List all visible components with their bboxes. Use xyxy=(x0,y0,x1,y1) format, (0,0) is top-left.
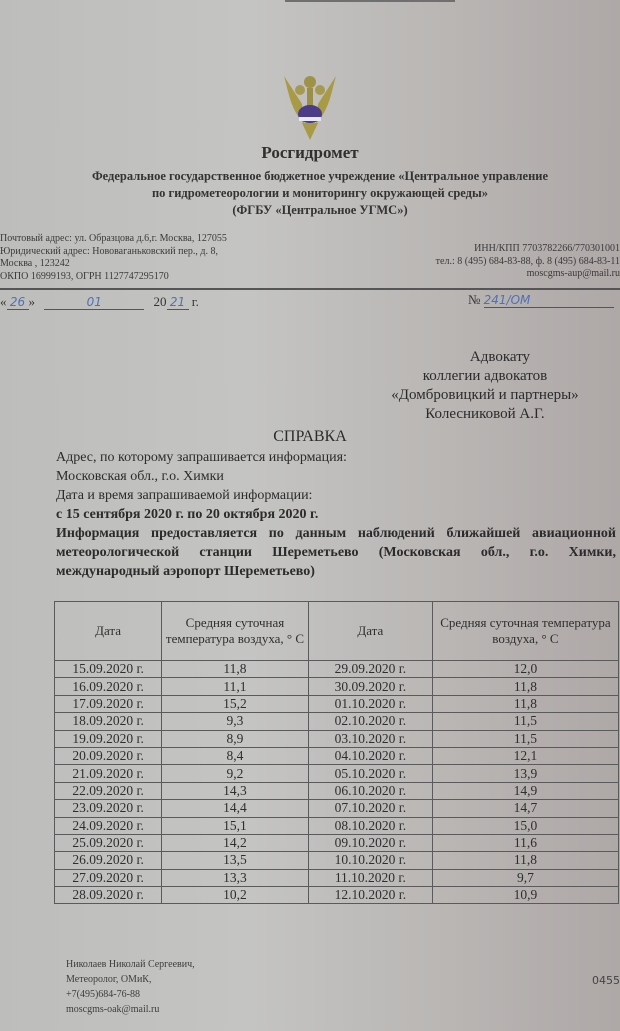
number-value: 241/ОМ xyxy=(484,293,614,308)
organization-full-name: Федеральное государственное бюджетное уч… xyxy=(20,168,620,219)
postal-legal-address: Почтовый адрес: ул. Образцова д.6,г. Мос… xyxy=(0,233,227,283)
header-date: Дата xyxy=(308,602,432,661)
page-mark: 0455 xyxy=(592,974,620,987)
cell-date: 10.10.2020 г. xyxy=(308,852,432,869)
table-row: 19.09.2020 г.8,903.10.2020 г.11,5 xyxy=(55,730,619,747)
table-row: 24.09.2020 г.15,108.10.2020 г.15,0 xyxy=(55,817,619,834)
cell-temperature: 15,0 xyxy=(432,817,618,834)
year-prefix: 20 xyxy=(154,294,167,309)
cell-temperature: 15,2 xyxy=(162,695,309,712)
cell-date: 17.09.2020 г. xyxy=(55,695,162,712)
signer-position: Метеоролог, ОМиК, xyxy=(66,972,195,987)
document-body: Адрес, по которому запрашивается информа… xyxy=(56,448,616,581)
signer-phone: +7(495)684-76-88 xyxy=(66,987,195,1002)
cell-date: 26.09.2020 г. xyxy=(55,852,162,869)
table-row: 21.09.2020 г.9,205.10.2020 г.13,9 xyxy=(55,765,619,782)
cell-temperature: 12,0 xyxy=(432,661,618,678)
signer-email: moscgms-oak@mail.ru xyxy=(66,1002,195,1017)
cell-date: 02.10.2020 г. xyxy=(308,713,432,730)
cell-date: 29.09.2020 г. xyxy=(308,661,432,678)
year-word: г. xyxy=(192,294,199,309)
source-text: Информация предоставляется по данным наб… xyxy=(56,524,616,581)
header-date: Дата xyxy=(55,602,162,661)
cell-temperature: 15,1 xyxy=(162,817,309,834)
contact-details: ИНН/КПП 7703782266/770301001 тел.: 8 (49… xyxy=(436,243,620,281)
table-row: 20.09.2020 г.8,404.10.2020 г.12,1 xyxy=(55,747,619,764)
cell-temperature: 14,4 xyxy=(162,800,309,817)
cell-temperature: 11,5 xyxy=(432,713,618,730)
period-value: с 15 сентября 2020 г. по 20 октября 2020… xyxy=(56,505,616,524)
cell-date: 08.10.2020 г. xyxy=(308,817,432,834)
cell-date: 06.10.2020 г. xyxy=(308,782,432,799)
table-row: 22.09.2020 г.14,306.10.2020 г.14,9 xyxy=(55,782,619,799)
cell-temperature: 11,8 xyxy=(162,661,309,678)
table-row: 15.09.2020 г.11,829.09.2020 г.12,0 xyxy=(55,661,619,678)
phone-fax: тел.: 8 (495) 684-83-88, ф. 8 (495) 684-… xyxy=(436,256,620,269)
org-line: Федеральное государственное бюджетное уч… xyxy=(20,168,620,185)
address-value: Московская обл., г.о. Химки xyxy=(56,467,616,486)
table-header-row: Дата Средняя суточная температура воздух… xyxy=(55,602,619,661)
document-page: Росгидромет Федеральное государственное … xyxy=(0,0,620,1031)
cell-date: 21.09.2020 г. xyxy=(55,765,162,782)
cell-temperature: 13,9 xyxy=(432,765,618,782)
year-suffix: 21 xyxy=(167,295,189,310)
cell-date: 12.10.2020 г. xyxy=(308,887,432,904)
cell-date: 28.09.2020 г. xyxy=(55,887,162,904)
org-line: по гидрометеорологии и мониторингу окруж… xyxy=(20,185,620,202)
table-row: 27.09.2020 г.13,311.10.2020 г.9,7 xyxy=(55,869,619,886)
table-row: 17.09.2020 г.15,201.10.2020 г.11,8 xyxy=(55,695,619,712)
cell-date: 20.09.2020 г. xyxy=(55,747,162,764)
cell-date: 30.09.2020 г. xyxy=(308,678,432,695)
cell-temperature: 14,2 xyxy=(162,834,309,851)
document-number: № 241/ОМ xyxy=(468,292,614,308)
cell-temperature: 9,3 xyxy=(162,713,309,730)
inn-kpp: ИНН/КПП 7703782266/770301001 xyxy=(436,243,620,256)
cell-date: 05.10.2020 г. xyxy=(308,765,432,782)
cell-date: 27.09.2020 г. xyxy=(55,869,162,886)
addressee-block: Адвокату коллегии адвокатов «Домбровицки… xyxy=(380,348,590,424)
org-line: (ФГБУ «Центральное УГМС») xyxy=(20,202,620,219)
date-day: 26 xyxy=(7,295,29,310)
cell-date: 25.09.2020 г. xyxy=(55,834,162,851)
cell-date: 16.09.2020 г. xyxy=(55,678,162,695)
cell-date: 24.09.2020 г. xyxy=(55,817,162,834)
document-title: СПРАВКА xyxy=(0,428,620,446)
cell-date: 18.09.2020 г. xyxy=(55,713,162,730)
addressee-line: Колесниковой А.Г. xyxy=(380,405,590,424)
legal-address-city: Москва , 123242 xyxy=(0,258,227,271)
cell-temperature: 11,8 xyxy=(432,695,618,712)
addressee-line: Адвокату xyxy=(380,348,590,367)
cell-temperature: 11,5 xyxy=(432,730,618,747)
cell-date: 03.10.2020 г. xyxy=(308,730,432,747)
cell-date: 19.09.2020 г. xyxy=(55,730,162,747)
cell-temperature: 12,1 xyxy=(432,747,618,764)
cell-temperature: 13,5 xyxy=(162,852,309,869)
cell-temperature: 14,3 xyxy=(162,782,309,799)
cell-date: 22.09.2020 г. xyxy=(55,782,162,799)
table-row: 25.09.2020 г.14,209.10.2020 г.11,6 xyxy=(55,834,619,851)
cell-date: 07.10.2020 г. xyxy=(308,800,432,817)
postal-address: Почтовый адрес: ул. Образцова д.6,г. Мос… xyxy=(0,233,227,246)
cell-temperature: 11,8 xyxy=(432,852,618,869)
cell-temperature: 9,7 xyxy=(432,869,618,886)
table-row: 28.09.2020 г.10,212.10.2020 г.10,9 xyxy=(55,887,619,904)
cell-temperature: 13,3 xyxy=(162,869,309,886)
quote: » xyxy=(29,294,36,309)
cell-temperature: 9,2 xyxy=(162,765,309,782)
addressee-line: «Домбровицкий и партнеры» xyxy=(380,386,590,405)
cell-temperature: 11,1 xyxy=(162,678,309,695)
table-row: 16.09.2020 г.11,130.09.2020 г.11,8 xyxy=(55,678,619,695)
temperature-table: Дата Средняя суточная температура воздух… xyxy=(54,601,619,904)
cell-temperature: 14,7 xyxy=(432,800,618,817)
cell-date: 15.09.2020 г. xyxy=(55,661,162,678)
header-divider xyxy=(0,288,620,290)
legal-address: Юридический адрес: Нововаганьковский пер… xyxy=(0,246,227,259)
signer-block: Николаев Николай Сергеевич, Метеоролог, … xyxy=(66,957,195,1017)
header-temperature: Средняя суточная температура воздуха, ° … xyxy=(162,602,309,661)
cell-date: 09.10.2020 г. xyxy=(308,834,432,851)
number-label: № xyxy=(468,292,480,307)
email: moscgms-aup@mail.ru xyxy=(436,268,620,281)
agency-name: Росгидромет xyxy=(0,143,620,163)
cell-temperature: 10,9 xyxy=(432,887,618,904)
signer-name: Николаев Николай Сергеевич, xyxy=(66,957,195,972)
date-month: 01 xyxy=(44,295,144,310)
cell-temperature: 8,4 xyxy=(162,747,309,764)
cell-temperature: 14,9 xyxy=(432,782,618,799)
cell-date: 11.10.2020 г. xyxy=(308,869,432,886)
cell-date: 01.10.2020 г. xyxy=(308,695,432,712)
header-temperature: Средняя суточная температура воздуха, ° … xyxy=(432,602,618,661)
table-row: 23.09.2020 г.14,407.10.2020 г.14,7 xyxy=(55,800,619,817)
table-row: 26.09.2020 г.13,510.10.2020 г.11,8 xyxy=(55,852,619,869)
cell-temperature: 11,8 xyxy=(432,678,618,695)
okpo-ogrn: ОКПО 16999193, ОГРН 1127747295170 xyxy=(0,271,227,284)
cell-date: 23.09.2020 г. xyxy=(55,800,162,817)
double-headed-eagle-icon xyxy=(276,68,344,148)
cell-temperature: 8,9 xyxy=(162,730,309,747)
table-row: 18.09.2020 г.9,302.10.2020 г.11,5 xyxy=(55,713,619,730)
document-date: «26» 01 2021 г. xyxy=(0,294,199,310)
address-label: Адрес, по которому запрашивается информа… xyxy=(56,448,616,467)
cell-date: 04.10.2020 г. xyxy=(308,747,432,764)
period-label: Дата и время запрашиваемой информации: xyxy=(56,486,616,505)
cell-temperature: 11,6 xyxy=(432,834,618,851)
addressee-line: коллегии адвокатов xyxy=(380,367,590,386)
cell-temperature: 10,2 xyxy=(162,887,309,904)
